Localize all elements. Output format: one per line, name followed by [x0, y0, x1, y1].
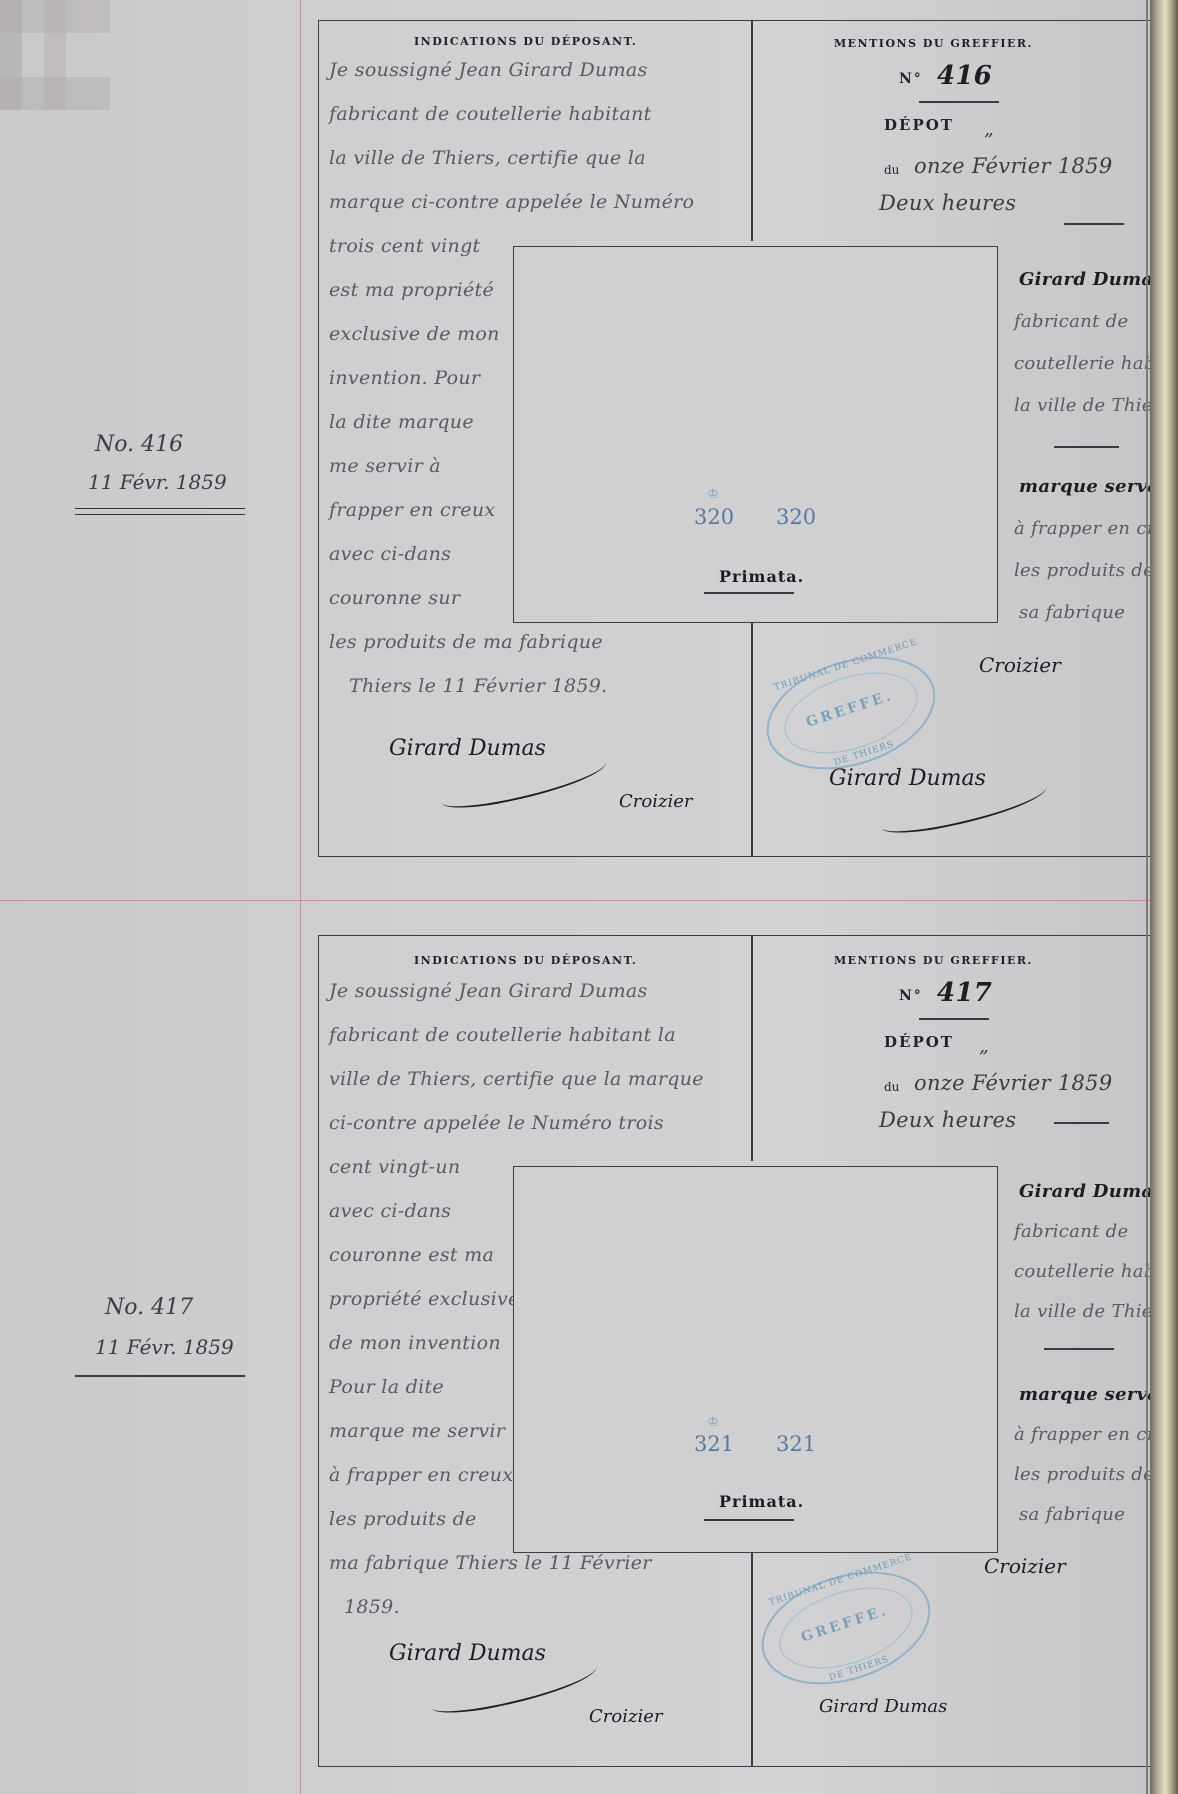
deposit-label: DÉPOT	[884, 1033, 954, 1051]
number-label: N°	[899, 71, 923, 87]
depositor-line: fabricant de coutellerie habitant la	[329, 1024, 676, 1046]
deposit-ditto: „	[979, 1035, 989, 1057]
depositor-line: Je soussigné Jean Girard Dumas	[329, 980, 648, 1002]
registrar-clerk-signature: Croizier	[984, 1554, 1066, 1578]
page-edge	[1146, 0, 1148, 1794]
notes-rule	[1054, 446, 1119, 448]
depositor-line: 1859.	[344, 1596, 400, 1618]
depositor-line: fabricant de coutellerie habitant	[329, 103, 652, 125]
mark-number-right: 320	[776, 505, 816, 529]
margin-note-underline	[75, 1375, 245, 1377]
registrar-note: Girard Dumas	[1019, 269, 1164, 290]
depositor-line: trois cent vingt	[329, 235, 480, 257]
depositor-line: les produits de	[329, 1508, 477, 1530]
number-label: N°	[899, 988, 923, 1004]
depositor-line: propriété exclusive	[329, 1288, 520, 1310]
brand-underline	[704, 1519, 794, 1521]
number-underline	[919, 1018, 989, 1020]
depositor-line: Je soussigné Jean Girard Dumas	[329, 59, 648, 81]
registry-number: 416	[937, 61, 992, 91]
depositor-line: ci-contre appelée le Numéro trois	[329, 1112, 664, 1134]
crown-icon: ♔	[707, 487, 719, 502]
deposit-time: Deux heures	[879, 191, 1016, 215]
mark-number-left: 321	[694, 1432, 734, 1456]
column-divider-lower	[751, 621, 753, 856]
date-prefix: du	[884, 1080, 899, 1094]
depositor-line: frapper en creux	[329, 499, 495, 521]
depositor-line: couronne sur	[329, 587, 460, 609]
brand-name: Primata.	[719, 567, 804, 586]
trademark-box: ♔ 320 320 Primata.	[513, 246, 998, 623]
scan-artifact	[0, 0, 110, 110]
clerk-signature: Croizier	[619, 791, 692, 812]
column-divider-upper	[751, 21, 753, 241]
registrar-header: MENTIONS DU GREFFIER.	[834, 37, 1033, 50]
time-rule	[1054, 1122, 1109, 1124]
registrar-header: MENTIONS DU GREFFIER.	[834, 954, 1033, 967]
depositor-header: INDICATIONS DU DÉPOSANT.	[414, 954, 637, 967]
deposit-ditto: „	[984, 118, 994, 140]
depositor-line: exclusive de mon	[329, 323, 500, 345]
depositor-line: ville de Thiers, certifie que la marque	[329, 1068, 704, 1090]
deposit-date: onze Février 1859	[914, 1071, 1113, 1095]
tribunal-seal: TRIBUNAL DE COMMERCE GREFFE. DE THIERS	[747, 1552, 945, 1705]
clerk-signature: Croizier	[589, 1706, 662, 1727]
number-underline	[919, 101, 999, 103]
depositor-line: invention. Pour	[329, 367, 480, 389]
depositor-line: la dite marque	[329, 411, 474, 433]
depositor-line: me servir à	[329, 455, 441, 477]
deposit-form-417: INDICATIONS DU DÉPOSANT. Je soussigné Je…	[318, 935, 1151, 1767]
registrar-note: sa fabrique	[1019, 1504, 1125, 1525]
deposit-label: DÉPOT	[884, 116, 954, 134]
margin-note-number: No. 417	[105, 1295, 193, 1320]
depositor-line: couronne est ma	[329, 1244, 494, 1266]
margin-line-horizontal	[0, 900, 1150, 901]
registrar-note: les produits de	[1014, 1464, 1154, 1485]
column-divider-upper	[751, 936, 753, 1161]
depositor-line: Pour la dite	[329, 1376, 444, 1398]
registrar-depositor-signature: Girard Dumas	[829, 766, 986, 791]
registrar-note: fabricant de	[1014, 311, 1128, 332]
margin-note-date: 11 Févr. 1859	[95, 1335, 234, 1359]
depositor-header: INDICATIONS DU DÉPOSANT.	[414, 35, 637, 48]
column-divider-lower	[751, 1551, 753, 1766]
deposit-form-416: INDICATIONS DU DÉPOSANT. Je soussigné Je…	[318, 20, 1151, 857]
book-spine	[1150, 0, 1178, 1794]
deposit-date: onze Février 1859	[914, 154, 1113, 178]
registrar-note: les produits de	[1014, 560, 1154, 581]
register-page: No. 416 11 Févr. 1859 INDICATIONS DU DÉP…	[0, 0, 1150, 1794]
margin-note-number: No. 416	[95, 432, 183, 457]
registrar-note: Girard Dumas	[1019, 1181, 1164, 1202]
depositor-line: avec ci-dans	[329, 1200, 451, 1222]
depositor-signature: Girard Dumas	[389, 1641, 546, 1666]
brand-name: Primata.	[719, 1492, 804, 1511]
date-prefix: du	[884, 163, 899, 177]
time-rule	[1064, 223, 1124, 225]
registrar-clerk-signature: Croizier	[979, 653, 1061, 677]
depositor-line: Thiers le 11 Février 1859.	[349, 675, 608, 697]
depositor-line: marque ci-contre appelée le Numéro	[329, 191, 694, 213]
notes-rule	[1044, 1348, 1114, 1350]
mark-number-right: 321	[776, 1432, 816, 1456]
depositor-line: est ma propriété	[329, 279, 494, 301]
depositor-line: de mon invention	[329, 1332, 501, 1354]
margin-note-underline	[75, 508, 245, 515]
mark-number-left: 320	[694, 505, 734, 529]
margin-note-date: 11 Févr. 1859	[88, 470, 227, 494]
registrar-depositor-signature: Girard Dumas	[819, 1696, 947, 1717]
registrar-note: sa fabrique	[1019, 602, 1125, 623]
depositor-line: à frapper en creux	[329, 1464, 513, 1486]
registry-number: 417	[937, 978, 992, 1008]
trademark-box: ♔ 321 321 Primata.	[513, 1166, 998, 1553]
depositor-line: ma fabrique Thiers le 11 Février	[329, 1552, 652, 1574]
margin-line-vertical	[300, 0, 301, 1794]
deposit-time: Deux heures	[879, 1108, 1016, 1132]
depositor-line: avec ci-dans	[329, 543, 451, 565]
depositor-line: la ville de Thiers, certifie que la	[329, 147, 646, 169]
depositor-signature: Girard Dumas	[389, 736, 546, 761]
registrar-note: fabricant de	[1014, 1221, 1128, 1242]
depositor-line: marque me servir	[329, 1420, 505, 1442]
brand-underline	[704, 592, 794, 594]
crown-icon: ♔	[707, 1415, 719, 1430]
depositor-line: cent vingt-un	[329, 1156, 460, 1178]
depositor-line: les produits de ma fabrique	[329, 631, 603, 653]
